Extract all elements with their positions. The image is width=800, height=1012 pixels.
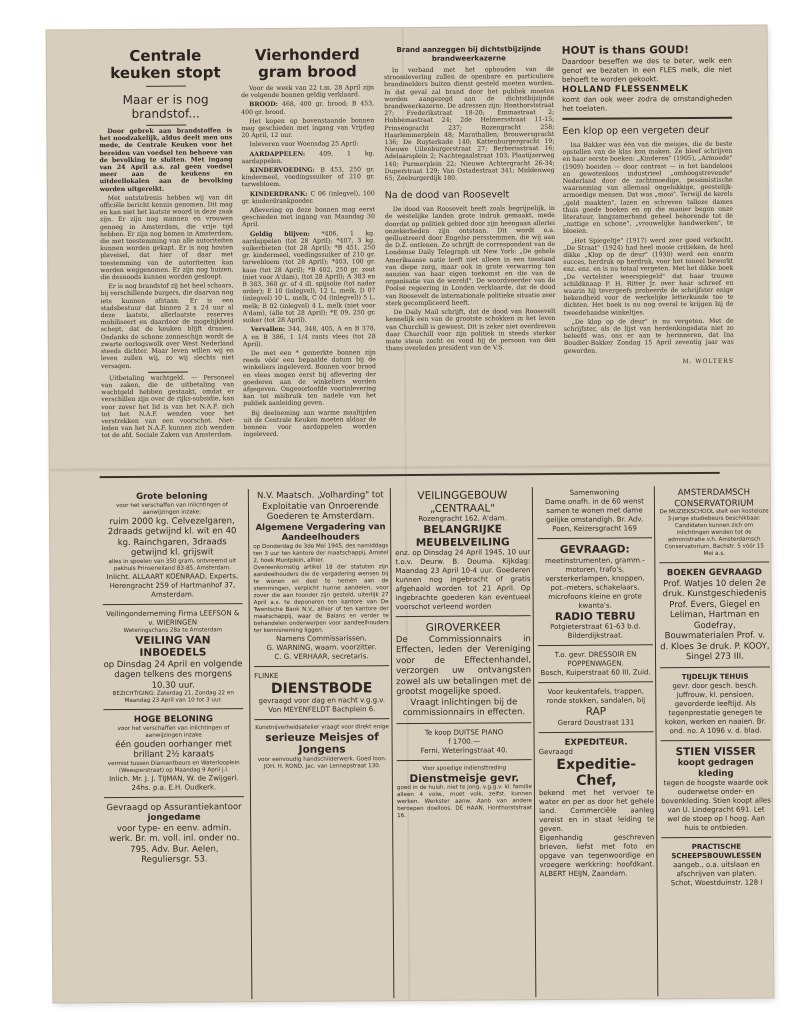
ad-title: T.o. gevr. DRESSOIR EN POPPENWAGEN. bbox=[538, 650, 653, 669]
subheadline: Maar er is nog brandstof... bbox=[99, 92, 232, 121]
ration-label: BROOD: bbox=[249, 101, 282, 108]
ad-text: BEZICHTIGING: Zaterdag 21, Zondag 22 en … bbox=[103, 690, 243, 705]
ad-text: De Commissionnairs in Effecten, leden de… bbox=[396, 634, 531, 698]
ad-text: vermist tussen Diamantbeurs en Waterloop… bbox=[104, 760, 244, 775]
ad-text: G. WARNING, waarn. voorzitter. bbox=[254, 643, 389, 653]
ad-text: Dienstmeisje gevr. bbox=[397, 772, 532, 785]
ration-list: Voor de week van 22 t.m. 28 April zijn d… bbox=[241, 84, 376, 438]
paragraph: Ina Bakker was één van die meisjes, die … bbox=[562, 141, 733, 236]
classified-ad: PRACTISCHE SCHEEPSBOUWLESSENaangeb., o.a… bbox=[661, 840, 771, 892]
classified-ad: Veilingonderneming Firma LEEFSON & v. WI… bbox=[103, 607, 244, 710]
ad-text: gevr. door gesch. besch. juffrouw, kl. p… bbox=[660, 681, 770, 736]
ad-text: voor het verschaffen van inlichtingen of… bbox=[102, 502, 242, 517]
ad-text: op Dinsdag 24 April en volgende dagen te… bbox=[103, 659, 243, 691]
advert-text: komt dan ook weer zodra de omstandighede… bbox=[562, 95, 732, 114]
ad-title: STIEN VISSER bbox=[661, 745, 771, 758]
newspaper-page: Centrale keuken stopt Maar er is nog bra… bbox=[47, 25, 774, 1002]
ration-paragraph: De met een * gemerkte bonnen zijn reeds … bbox=[243, 349, 376, 408]
ad-text: Inlicht. ALLAART KOENRAAD, Experts, Here… bbox=[102, 572, 242, 600]
ration-paragraph: Aflevering op deze bonnen mag eerst gesc… bbox=[242, 206, 375, 229]
ad-text: Ferni, Weteringstraat 40. bbox=[397, 746, 532, 756]
paragraph: De Daily Mail schrijft, dat de dood van … bbox=[386, 308, 556, 352]
advert-hout-goud: HOUT is thans GOUD! Daardoor beseffen we… bbox=[562, 44, 733, 120]
ad-text: Algemene Vergadering van Aandeelhouders bbox=[253, 522, 388, 544]
paragraph: „De klop op de deur" is nu vergeten. Met… bbox=[564, 318, 734, 355]
classified-ad: VEILINGGEBOUW „CENTRAAL"Rozengracht 162,… bbox=[395, 487, 531, 617]
ad-text: op Donderdag de 3de Mei 1945, des namidd… bbox=[253, 543, 388, 565]
ad-text: voor eenvoudig handschilderwerk. Goed lo… bbox=[255, 756, 390, 771]
ration-paragraph: AARDAPPELEN: 409, 1 kg. aardappelen. bbox=[241, 150, 374, 165]
ad-title: BOEKEN GEVRAAGD bbox=[659, 567, 769, 578]
paragraph: Uitbetaling wachtgeld. — Personeel van z… bbox=[101, 374, 234, 440]
ad-text: RADIO TEBRU bbox=[538, 610, 653, 623]
ration-paragraph: Het kopen op bovenstaande bonnen mag ges… bbox=[241, 117, 374, 140]
classified-ad: FLINKEDIENSTBODEgevraagd voor dag en nac… bbox=[254, 669, 389, 720]
ration-label: Vervallen: bbox=[251, 326, 288, 333]
ad-text: Inlich. Mr. J. J. TIJMAN, W. de Zwijgerl… bbox=[104, 774, 244, 793]
ads-column-3: VEILINGGEBOUW „CENTRAAL"Rozengracht 162,… bbox=[390, 487, 534, 998]
classified-ads-section: Grote beloningvoor het verschaffen van i… bbox=[102, 486, 770, 1001]
classified-ad: Kunstnijverheidsatelier vraagt voor dire… bbox=[254, 722, 389, 775]
classified-ad: HOGE BELONINGvoor het verschaffen van in… bbox=[103, 712, 244, 797]
ad-text: tegen de hoogste waarde ook ouderwetse o… bbox=[661, 778, 771, 833]
ad-text: Potgieterstraat 61-63 b.d. Bilderdijkstr… bbox=[538, 622, 653, 641]
ad-text: goed in de huish. niet te jong, v.g.g.v.… bbox=[397, 784, 532, 820]
ad-text: Schot, Woestduinstr. 128 I bbox=[662, 878, 772, 888]
classified-ad: STIEN VISSERkoopt gedragen kledingtegen … bbox=[661, 743, 772, 838]
ad-title: VEILINGGEBOUW „CENTRAAL" bbox=[395, 489, 530, 515]
ad-text: BELANGRIJKE MEUBELVEILING bbox=[395, 523, 530, 549]
paragraph: De dood van Roosevelt heeft zoals begrij… bbox=[385, 205, 556, 307]
paragraph: Er is nog brandstof zij het heel schaars… bbox=[100, 282, 234, 369]
ad-text: bekend met het vervoer te water en per a… bbox=[539, 788, 654, 834]
ad-text: Overeenkomstig artikel 18 der statuten z… bbox=[253, 564, 388, 635]
ad-title: Veilingonderneming Firma LEEFSON & v. WI… bbox=[103, 609, 243, 628]
ads-column-5: AMSTERDAMSCH CONSERVATORIUMDe MUZIEKSCHO… bbox=[654, 485, 773, 996]
ad-title: Voor keukentafels, trappen, ronde stokke… bbox=[538, 687, 653, 706]
ration-label: KINDERVOEDING: bbox=[250, 167, 321, 174]
classified-ad: Te koop DUITSE PIANOf 1700.—Ferni, Weter… bbox=[396, 726, 531, 761]
news-section: Centrale keuken stopt Maar er is nog bra… bbox=[99, 44, 762, 485]
ad-text: ruim 2000 kg. Celvezelgaren, 2draads get… bbox=[102, 516, 242, 559]
headline-brand: Brand aanzeggen bij dichtstbijzijnde bra… bbox=[384, 45, 554, 64]
ration-paragraph: Bij deelneming aan warme maaltijden uit … bbox=[243, 409, 376, 439]
ad-text: Expeditie-Chef, bbox=[539, 756, 654, 789]
ads-column-4: SamenwoningDame onafh. in de 60 wenst sa… bbox=[532, 486, 656, 997]
divider bbox=[147, 371, 187, 372]
article-column-3: Brand aanzeggen bij dichtstbijzijnde bra… bbox=[384, 45, 557, 476]
ad-title: N.V. Maatsch. „Volharding" tot Exploitat… bbox=[253, 490, 388, 522]
ad-text: C. G. VERHAAR, secretaris. bbox=[254, 652, 389, 662]
ration-label: AARDAPPELEN: bbox=[249, 150, 319, 157]
ads-column-1: Grote beloningvoor het verschaffen van i… bbox=[102, 489, 246, 1000]
classified-ad: Voor keukentafels, trappen, ronde stokke… bbox=[538, 685, 653, 732]
ad-title: AMSTERDAMSCH CONSERVATORIUM bbox=[659, 487, 769, 509]
ad-text: alles in spoelen van 350 gram, ontvreemd… bbox=[102, 558, 242, 573]
classified-ad: AMSTERDAMSCH CONSERVATORIUMDe MUZIEKSCHO… bbox=[659, 485, 770, 563]
ad-title: GEVRAAGD: bbox=[537, 543, 652, 556]
ads-column-2: N.V. Maatsch. „Volharding" tot Exploitat… bbox=[248, 488, 392, 999]
ration-paragraph: Voor de week van 22 t.m. 28 April zijn d… bbox=[241, 84, 374, 99]
ration-paragraph: KINDERVOEDING: B 453, 250 gr. kindermeel… bbox=[242, 166, 375, 189]
advert-title: HOUT is thans GOUD! bbox=[562, 44, 732, 58]
ad-text: Bosch, Kuiperstraat 60 III, Zuid. bbox=[538, 668, 653, 678]
ad-text: VEILING VAN INBOEDELS bbox=[103, 634, 243, 660]
ad-text: Gerard Doustraat 131 bbox=[538, 718, 653, 728]
paragraph: Met ontstelrenis hebben wij van dit offi… bbox=[100, 194, 234, 281]
ration-label: KINDERDRANK: bbox=[250, 190, 311, 197]
article-centrale-keuken: Centrale keuken stopt Maar er is nog bra… bbox=[99, 47, 235, 478]
headline-klop: Een klop op een vergeten deur bbox=[562, 125, 732, 138]
ad-text: voor het verschaffen van inlichtingen of… bbox=[103, 725, 243, 740]
author-signature: M. WOLTERS bbox=[564, 358, 734, 366]
ad-text: Weteringschans 28a te Amsterdam bbox=[103, 627, 243, 635]
classified-ad: Gevraagd op Assurantiekantoorjongedamevo… bbox=[104, 800, 244, 870]
ad-text: gevraagd voor dag en nacht v.g.g.v. Von … bbox=[254, 696, 389, 715]
ration-paragraph: Vervallen: 344, 348, 405, A en B 378, A … bbox=[243, 326, 376, 349]
ration-paragraph: Inleveren voor Woensdag 25 April: bbox=[241, 141, 374, 149]
headline-roosevelt: Na de dood van Roosevelt bbox=[385, 189, 555, 202]
classified-ad: GIROVERKEERDe Commissionnairs in Effecte… bbox=[396, 619, 532, 723]
ration-paragraph: BROOD: 468, 400 gr. brood; B 453, 400 gr… bbox=[241, 101, 374, 116]
ad-title: EXPEDITEUR. bbox=[539, 737, 654, 748]
headline: Vierhonderd gram brood bbox=[241, 46, 374, 81]
ad-text: serieuze Meisjes of Jongens bbox=[255, 731, 390, 757]
headline: Centrale keuken stopt bbox=[99, 47, 232, 82]
classified-ad: SamenwoningDame onafh. in de 60 wenst sa… bbox=[537, 486, 652, 539]
ad-title: Gevraagd op Assurantiekantoor bbox=[104, 802, 244, 813]
ad-text: DIENSTBODE bbox=[254, 680, 389, 697]
ration-paragraph: Geldig blijven: *406, 1 kg. aardappelen … bbox=[242, 230, 376, 325]
classified-ad: T.o. gevr. DRESSOIR EN POPPENWAGEN.Bosch… bbox=[538, 648, 653, 683]
ad-text: Candidaten kunnen zich om inlichtingen w… bbox=[659, 522, 769, 558]
paragraph: „Het Spiegeltje" (1917) werd zeer goed v… bbox=[563, 236, 734, 316]
ad-title: PRACTISCHE SCHEEPSBOUWLESSEN bbox=[661, 842, 771, 861]
paragraph: In verband met het ophouden van de stroo… bbox=[384, 66, 555, 182]
ad-text: Dame onafh. in de 60 wenst samen te wone… bbox=[537, 497, 652, 534]
classified-ad: Grote beloningvoor het verschaffen van i… bbox=[102, 489, 243, 604]
divider bbox=[146, 125, 186, 126]
ad-text: voor type- en eenv. admin. werk. Br. m. … bbox=[104, 823, 244, 866]
classified-ad: GEVRAAGD:meetinstrumenten, gramm.-motore… bbox=[537, 541, 653, 646]
ad-text: koopt gedragen kleding bbox=[661, 757, 771, 779]
ad-text: Prof. Watjes 10 delen 2e druk. Kunstgesc… bbox=[659, 578, 770, 663]
ad-text: De MUZIEKSCHOOL stelt een kosteloze 3-ja… bbox=[659, 508, 769, 523]
ad-text: Eigenhandig geschreven brieven, liefst m… bbox=[539, 833, 654, 879]
classified-ad: TIJDELIJK TEHUISgevr. door gesch. besch.… bbox=[660, 670, 770, 741]
classified-ad: Voor spoedige indiensttredingDienstmeisj… bbox=[397, 763, 532, 824]
classified-ad: N.V. Maatsch. „Volharding" tot Exploitat… bbox=[253, 488, 389, 666]
lead-paragraph: Door gebrek aan brandstoffen is het nood… bbox=[99, 127, 232, 193]
ad-text: Vraagt inlichtingen bij de commissionnai… bbox=[396, 697, 531, 719]
classified-ad: BOEKEN GEVRAAGDProf. Watjes 10 delen 2e … bbox=[659, 565, 770, 667]
ration-paragraph: KINDERDRANK: C 06 (inlegvel), 100 gr. ki… bbox=[242, 190, 375, 205]
ad-text: aangeb., o.a. uitslaan en afschrijven va… bbox=[661, 860, 771, 879]
ad-text: RAP bbox=[538, 705, 653, 718]
classified-ad: EXPEDITEUR.GevraagdExpeditie-Chef,bekend… bbox=[539, 735, 655, 883]
ad-title: GIROVERKEER bbox=[396, 621, 531, 634]
ad-text: meetinstrumenten, gramm.-motoren, trafo'… bbox=[537, 556, 652, 611]
ad-text: één gouden oorhanger met brillant 2½ kar… bbox=[104, 739, 244, 761]
ration-label: Geldig blijven: bbox=[250, 230, 322, 237]
advert-text: Daardoor beseffen we des te beter, welk … bbox=[562, 57, 732, 85]
divider bbox=[146, 86, 186, 87]
article-column-4: HOUT is thans GOUD! Daardoor beseffen we… bbox=[562, 44, 735, 475]
article-vierhonderd-gram: Vierhonderd gram brood Voor de week van … bbox=[241, 46, 377, 477]
ad-text: enz. op Dinsdag 24 April 1945, 10 uur t.… bbox=[395, 548, 530, 612]
